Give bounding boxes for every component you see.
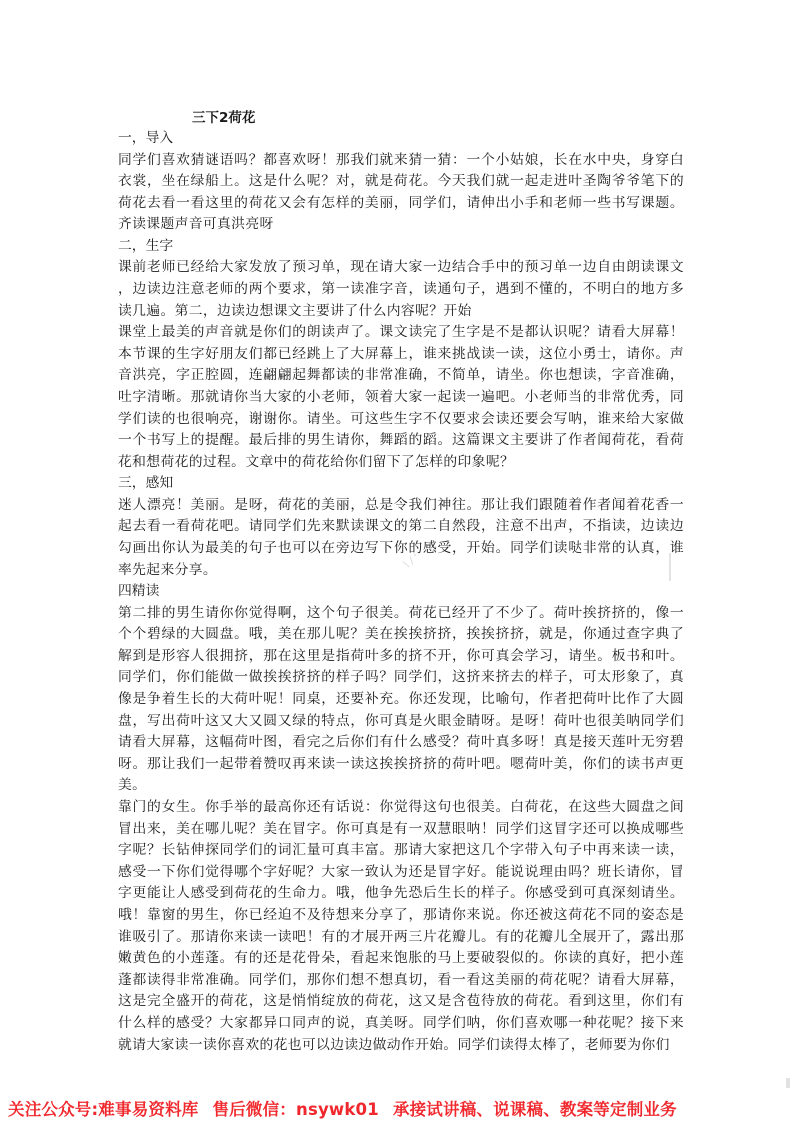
text-line: 勾画出你认为最美的句子也可以在旁边写下你的感受，开始。同学们读哒非常的认真，谁 [118,538,684,560]
text-line: 吐字清晰。那就请你当大家的小老师，领着大家一起读一遍吧。小老师当的非常优秀，同 [118,387,684,409]
document-body: 一，导入同学们喜欢猜谜语吗？都喜欢呀！那我们就来猜一猜：一个小姑娘，长在水中央，… [118,128,684,1056]
text-line: 嫩黄色的小莲蓬。有的还是花骨朵，看起来饱胀的马上要破裂似的。你读的真好，把小莲 [118,948,684,970]
text-line: 一个书写上的提醒。最后排的男生请你，舞蹈的蹈。这篇课文主要讲了作者闻荷花，看荷 [118,430,684,452]
text-line: 课前老师已经给大家发放了预习单，现在请大家一边结合手中的预习单一边自由朗读课文 [118,257,684,279]
text-line: 本节课的生字好朋友们都已经跳上了大屏幕上，谁来挑战读一读，这位小勇士，请你。声 [118,344,684,366]
text-line: 这是完全盛开的荷花，这是悄悄绽放的荷花，这又是含苞待放的荷花。看到这里，你们有 [118,991,684,1013]
text-line: 就请大家读一读你喜欢的花也可以边读边做动作开始。同学们读得太棒了，老师要为你们 [118,1035,684,1057]
paragraph: 课前老师已经给大家发放了预习单，现在请大家一边结合手中的预习单一边自由朗读课文，… [118,257,684,322]
text-line: ，边读边注意老师的两个要求，第一读准字音，读通句子，遇到不懂的，不明白的地方多 [118,279,684,301]
section-heading: 三，感知 [118,473,684,495]
document-title: 三下2荷花 [118,108,684,128]
paragraph: 课堂上最美的声音就是你们的朗读声了。课文读完了生字是不是都认识呢？请看大屏幕！本… [118,322,684,473]
text-line: 第二排的男生请你你觉得啊，这个句子很美。荷花已经开了不少了。荷叶挨挤挤的，像一 [118,603,684,625]
text-line: 荷花去看一看这里的荷花又会有怎样的美丽，同学们，请伸出小手和老师一些书写课题。 [118,193,684,215]
text-line: 像是争着生长的大荷叶呢！同桌，还要补充。你还发现，比喻句，作者把荷叶比作了大圆 [118,689,684,711]
text-line: 读几遍。第二，边读边想课文主要讲了什么内容呢？开始 [118,301,684,323]
paragraph: 靠门的女生。你手举的最高你还有话说：你觉得这句也很美。白荷花，在这些大圆盘之间冒… [118,797,684,1056]
text-line: 率先起来分享。 [118,560,684,582]
text-line: 蓬都读得非常准确。同学们，那你们想不想真切，看一看这美丽的荷花呢？请看大屏幕， [118,970,684,992]
section-heading: 二，生字 [118,236,684,258]
text-line: 盘，写出荷叶这又大又圆又绿的特点，你可真是火眼金睛呀。是呀！荷叶也很美呐同学们 [118,711,684,733]
text-line: 衣裳，坐在绿船上。这是什么呢？对，就是荷花。今天我们就一起走进叶圣陶爷爷笔下的 [118,171,684,193]
text-line: 哦！靠窗的男生，你已经迫不及待想来分享了，那请你来说。你还被这荷花不同的姿态是 [118,905,684,927]
text-line: 迷人漂亮！美丽。是呀，荷花的美丽，总是令我们神往。那让我们跟随着作者闻着花香一 [118,495,684,517]
document-page: 三下2荷花 一，导入同学们喜欢猜谜语吗？都喜欢呀！那我们就来猜一猜：一个小姑娘，… [118,108,684,1056]
text-line: 解到是形容人很拥挤，那在这里是指荷叶多的挤不开，你可真会学习，请坐。板书和叶。 [118,646,684,668]
scan-corner-mark [786,1078,790,1088]
footer-banner: 关注公众号:难事易资料库 售后微信：nsywk01 承接试讲稿、说课稿、教案等定… [0,1094,793,1122]
section-heading: 四精读 [118,581,684,603]
footer-services: 承接试讲稿、说课稿、教案等定制业务 [393,1096,677,1120]
text-line: 呀。那让我们一起带着赞叹再来读一读这挨挨挤挤的荷叶吧。嗯荷叶美，你们的读书声更 [118,754,684,776]
text-line: 课堂上最美的声音就是你们的朗读声了。课文读完了生字是不是都认识呢？请看大屏幕！ [118,322,684,344]
text-line: 靠门的女生。你手举的最高你还有话说：你觉得这句也很美。白荷花，在这些大圆盘之间 [118,797,684,819]
paragraph: 第二排的男生请你你觉得啊，这个句子很美。荷花已经开了不少了。荷叶挨挤挤的，像一个… [118,603,684,797]
text-line: 音洪亮，字正腔圆，连翩翩起舞都读的非常准确，不简单，请坐。你也想读，字音准确， [118,365,684,387]
text-line: 美。 [118,775,684,797]
text-line: 齐读课题声音可真洪亮呀 [118,214,684,236]
text-line: 字更能让人感受到荷花的生命力。哦，他争先恐后生长的样子。你感受到可真深刻请坐。 [118,883,684,905]
paragraph: 迷人漂亮！美丽。是呀，荷花的美丽，总是令我们神往。那让我们跟随着作者闻着花香一起… [118,495,684,581]
scan-edge-mark [669,553,671,581]
text-line: 感受一下你们觉得哪个字好呢？大家一致认为还是冒字好。能说说理由吗？班长请你，冒 [118,862,684,884]
text-line: 字呢？长钻伸探同学们的词汇量可真丰富。那请大家把这几个字带入句子中再来读一读， [118,840,684,862]
text-line: 个个碧绿的大圆盘。哦，美在那儿呢？美在挨挨挤挤，挨挨挤挤，就是，你通过查字典了 [118,624,684,646]
text-line: 同学们喜欢猜谜语吗？都喜欢呀！那我们就来猜一猜：一个小姑娘，长在水中央，身穿白 [118,150,684,172]
footer-official-account: 关注公众号:难事易资料库 [8,1096,199,1120]
text-line: 冒出来，美在哪儿呢？美在冒字。你可真是有一双慧眼呐！同学们这冒字还可以换成哪些 [118,819,684,841]
footer-wechat: 售后微信：nsywk01 [213,1096,379,1120]
text-line: 什么样的感受？大家都异口同声的说，真美呀。同学们呐，你们喜欢哪一种花呢？接下来 [118,1013,684,1035]
text-line: 同学们，你们能做一做挨挨挤挤的样子吗？同学们，这挤来挤去的样子，可太形象了，真 [118,667,684,689]
text-line: 花和想荷花的过程。文章中的荷花给你们留下了怎样的印象呢？ [118,452,684,474]
text-line: 请看大屏幕，这幅荷叶图，看完之后你们有什么感受？荷叶真多呀！真是接天莲叶无穷碧 [118,732,684,754]
section-heading: 一，导入 [118,128,684,150]
paragraph: 同学们喜欢猜谜语吗？都喜欢呀！那我们就来猜一猜：一个小姑娘，长在水中央，身穿白衣… [118,150,684,236]
text-line: 起去看一看荷花吧。请同学们先来默读课文的第二自然段，注意不出声，不指读，边读边 [118,516,684,538]
text-line: 谁吸引了。那请你来读一读吧！有的才展开两三片花瓣儿。有的花瓣儿全展开了，露出那 [118,927,684,949]
text-line: 学们读的也很响亮，谢谢你。请坐。可这些生字不仅要求会读还要会写呐，谁来给大家做 [118,409,684,431]
